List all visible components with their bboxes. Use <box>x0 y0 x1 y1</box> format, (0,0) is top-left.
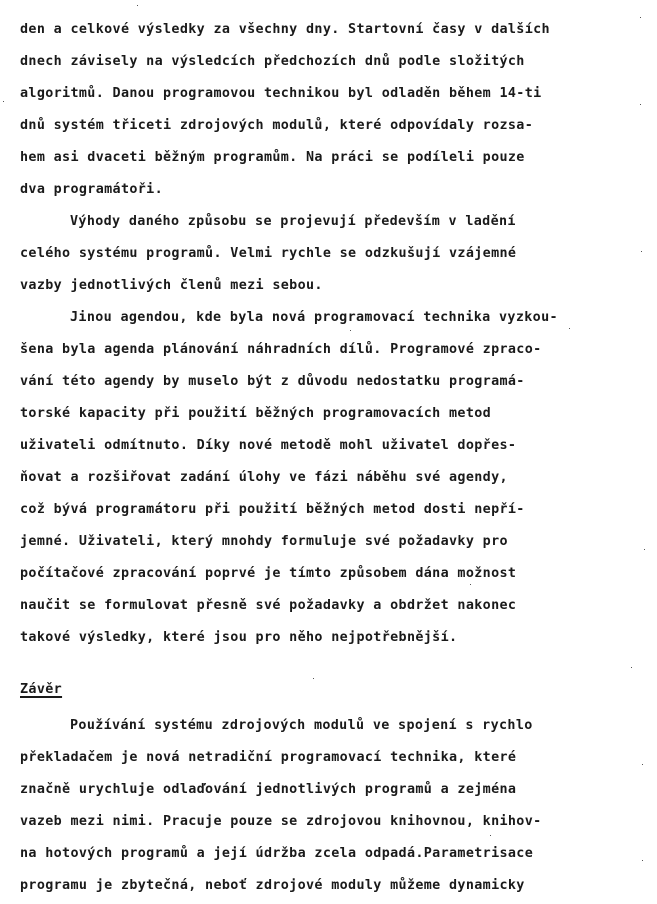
text-line: algoritmů. Danou programovou technikou b… <box>20 86 542 102</box>
scan-speck <box>3 101 4 102</box>
text-line: šena byla agenda plánování náhradních dí… <box>20 342 542 358</box>
text-line: vazeb mezi nimi. Pracuje pouze se zdrojo… <box>20 814 542 830</box>
text-line: naučit se formulovat přesně své požadavk… <box>20 598 516 614</box>
text-line: počítačové zpracování poprvé je tímto zp… <box>20 566 516 582</box>
text-line: programu je zbytečná, neboť zdrojové mod… <box>20 878 525 894</box>
scan-speck <box>640 17 641 18</box>
text-line: dnech závisely na výsledcích předchozích… <box>20 54 525 70</box>
scan-speck <box>642 764 643 765</box>
text-line: celého systému programů. Velmi rychle se… <box>20 246 516 262</box>
scan-speck <box>641 251 642 252</box>
text-line: dnů systém třiceti zdrojových modulů, kt… <box>20 118 533 134</box>
section-heading-conclusion: Závěr <box>20 682 62 698</box>
text-line: značně urychluje odlaďování jednotlivých… <box>20 782 516 798</box>
scan-speck <box>350 330 351 331</box>
scan-speck <box>470 584 471 585</box>
text-line: Výhody daného způsobu se projevují přede… <box>70 214 516 230</box>
text-line: Jinou agendou, kde byla nová programovac… <box>70 310 558 326</box>
text-line: což bývá programátoru při použití běžnýc… <box>20 502 525 518</box>
text-line: vání této agendy by muselo být z důvodu … <box>20 374 525 390</box>
text-line: ňovat a rozšiřovat zadání úlohy ve fázi … <box>20 470 508 486</box>
typewritten-document-page: den a celkové výsledky za všechny dny. S… <box>0 0 657 904</box>
text-line: jemné. Uživateli, který mnohdy formuluje… <box>20 534 508 550</box>
text-line: dva programátoři. <box>20 182 163 198</box>
text-line: uživateli odmítnuto. Díky nové metodě mo… <box>20 438 516 454</box>
scan-speck <box>137 5 138 6</box>
scan-speck <box>313 678 314 679</box>
scan-speck <box>490 835 491 836</box>
text-line: den a celkové výsledky za všechny dny. S… <box>20 22 550 38</box>
text-line: na hotových programů a její údržba zcela… <box>20 846 533 862</box>
scan-speck <box>569 328 570 329</box>
text-line: torské kapacity při použití běžných prog… <box>20 406 491 422</box>
scan-speck <box>640 104 641 105</box>
scan-speck <box>642 860 643 861</box>
text-line: Používání systému zdrojových modulů ve s… <box>70 718 533 734</box>
text-line: hem asi dvaceti běžným programům. Na prá… <box>20 150 525 166</box>
scan-speck <box>644 549 645 550</box>
text-line: překladačem je nová netradiční programov… <box>20 750 516 766</box>
text-line: vazby jednotlivých členů mezi sebou. <box>20 278 323 294</box>
text-line: takové výsledky, které jsou pro něho nej… <box>20 630 457 646</box>
scan-speck <box>631 667 632 668</box>
